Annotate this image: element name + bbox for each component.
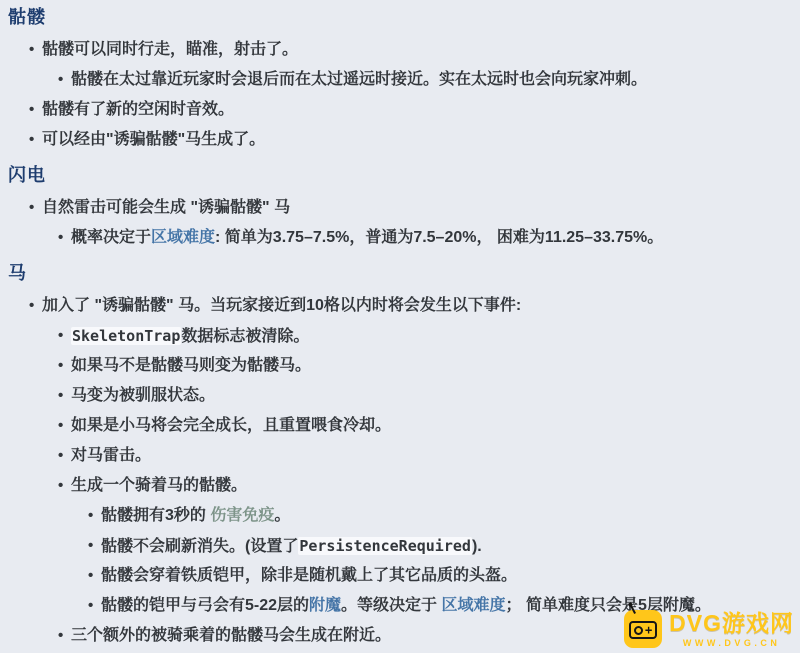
item-text: 三个额外的被骑乘着的骷髅马会生成在附近。 bbox=[71, 627, 391, 644]
item-text: : 简单为3.75–7.5%，普通为7.5–20%， 困难为11.25–33.7… bbox=[215, 229, 663, 246]
item-text: 如果是小马将会完全成长，且重置喂食冷却。 bbox=[71, 417, 391, 434]
bullet-icon bbox=[88, 591, 101, 621]
item-text: 骷髅在太过靠近玩家时会退后而在太过遥远时接近。实在太远时也会向玩家冲刺。 bbox=[71, 71, 647, 88]
list-item: 骷髅不会刷新消失。(设置了PersistenceRequired). bbox=[8, 531, 792, 561]
code-persistencerequired: PersistenceRequired bbox=[298, 537, 472, 555]
item-text: 可以经由"诱骗骷髅"马生成了。 bbox=[42, 131, 265, 148]
bullet-icon bbox=[58, 411, 71, 441]
link-damage-immunity[interactable]: 伤害免疫 bbox=[210, 507, 274, 524]
item-text: 加入了 "诱骗骷髅" 马。当玩家接近到10格以内时将会发生以下事件: bbox=[42, 297, 521, 314]
item-text: 骷髅不会刷新消失。(设置了 bbox=[101, 538, 298, 555]
item-text: 骷髅拥有3秒的 bbox=[101, 507, 210, 524]
list-item: 骷髅有了新的空闲时音效。 bbox=[8, 95, 792, 125]
bullet-icon bbox=[29, 125, 42, 155]
list-item: 骷髅在太过靠近玩家时会退后而在太过遥远时接近。实在太远时也会向玩家冲刺。 bbox=[8, 65, 792, 95]
section-heading-skeleton: 骷髅 bbox=[8, 5, 792, 29]
site-url: WWW.DVG.CN bbox=[683, 638, 781, 648]
item-text: 骷髅可以同时行走，瞄准，射击了。 bbox=[42, 41, 298, 58]
item-text: 生成一个骑着马的骷髅。 bbox=[71, 477, 247, 494]
list-item: 自然雷击可能会生成 "诱骗骷髅" 马 bbox=[8, 193, 792, 223]
game-controller-icon: + bbox=[624, 610, 662, 648]
item-text: 马变为被驯服状态。 bbox=[71, 387, 215, 404]
list-item: 概率决定于区域难度: 简单为3.75–7.5%，普通为7.5–20%， 困难为1… bbox=[8, 223, 792, 253]
list-item: 加入了 "诱骗骷髅" 马。当玩家接近到10格以内时将会发生以下事件: bbox=[8, 291, 792, 321]
list-item: 骷髅拥有3秒的 伤害免疫。 bbox=[8, 501, 792, 531]
changelog-content: 骷髅 骷髅可以同时行走，瞄准，射击了。 骷髅在太过靠近玩家时会退后而在太过遥远时… bbox=[0, 0, 800, 651]
list-item: 对马雷击。 bbox=[8, 441, 792, 471]
item-text: 骷髅的铠甲与弓会有5-22层的 bbox=[101, 597, 309, 614]
item-text: 骷髅会穿着铁质铠甲，除非是随机戴上了其它品质的头盔。 bbox=[101, 567, 517, 584]
item-text: 骷髅有了新的空闲时音效。 bbox=[42, 101, 234, 118]
controller-screen-icon: + bbox=[629, 621, 657, 639]
item-text: 概率决定于 bbox=[71, 229, 151, 246]
bullet-icon bbox=[58, 223, 71, 253]
list-item: 马变为被驯服状态。 bbox=[8, 381, 792, 411]
bullet-icon bbox=[58, 621, 71, 651]
bullet-icon bbox=[88, 561, 101, 591]
list-item: 如果是小马将会完全成长，且重置喂食冷却。 bbox=[8, 411, 792, 441]
button-icon bbox=[634, 626, 643, 635]
bullet-icon bbox=[29, 95, 42, 125]
item-text: ). bbox=[472, 538, 482, 555]
item-text: 。 bbox=[274, 507, 290, 524]
list-item: SkeletonTrap数据标志被清除。 bbox=[8, 321, 792, 351]
list-item: 可以经由"诱骗骷髅"马生成了。 bbox=[8, 125, 792, 155]
bullet-icon bbox=[58, 381, 71, 411]
section-lightning: 闪电 自然雷击可能会生成 "诱骗骷髅" 马 概率决定于区域难度: 简单为3.75… bbox=[8, 163, 792, 253]
item-text: 数据标志被清除。 bbox=[181, 328, 309, 345]
link-enchantment[interactable]: 附魔 bbox=[309, 597, 341, 614]
site-name: DVG游戏网 bbox=[669, 611, 794, 636]
link-regional-difficulty[interactable]: 区域难度 bbox=[442, 597, 506, 614]
bullet-icon bbox=[29, 193, 42, 223]
bullet-icon bbox=[58, 321, 71, 351]
bullet-icon bbox=[58, 65, 71, 95]
bullet-icon bbox=[88, 501, 101, 531]
bullet-icon bbox=[29, 291, 42, 321]
list-item: 生成一个骑着马的骷髅。 bbox=[8, 471, 792, 501]
list-item: 骷髅可以同时行走，瞄准，射击了。 bbox=[8, 35, 792, 65]
bullet-icon bbox=[58, 471, 71, 501]
code-skeletontrap: SkeletonTrap bbox=[71, 327, 181, 345]
item-text: 。等级决定于 bbox=[341, 597, 441, 614]
list-item: 骷髅会穿着铁质铠甲，除非是随机戴上了其它品质的头盔。 bbox=[8, 561, 792, 591]
section-horse: 马 加入了 "诱骗骷髅" 马。当玩家接近到10格以内时将会发生以下事件: Ske… bbox=[8, 261, 792, 651]
link-regional-difficulty[interactable]: 区域难度 bbox=[151, 229, 215, 246]
watermark-text: DVG游戏网 WWW.DVG.CN bbox=[669, 611, 794, 648]
item-text: 对马雷击。 bbox=[71, 447, 151, 464]
bullet-icon bbox=[29, 35, 42, 65]
bullet-icon bbox=[88, 531, 101, 561]
item-text: 自然雷击可能会生成 "诱骗骷髅" 马 bbox=[42, 199, 290, 216]
page: 骷髅 骷髅可以同时行走，瞄准，射击了。 骷髅在太过靠近玩家时会退后而在太过遥远时… bbox=[0, 0, 800, 653]
list-item: 如果马不是骷髅马则变为骷髅马。 bbox=[8, 351, 792, 381]
dpad-icon: + bbox=[645, 624, 652, 636]
bullet-icon bbox=[58, 441, 71, 471]
bullet-icon bbox=[58, 351, 71, 381]
section-heading-lightning: 闪电 bbox=[8, 163, 792, 187]
dvg-watermark: + DVG游戏网 WWW.DVG.CN bbox=[624, 610, 794, 648]
section-skeleton: 骷髅 骷髅可以同时行走，瞄准，射击了。 骷髅在太过靠近玩家时会退后而在太过遥远时… bbox=[8, 5, 792, 155]
item-text: 如果马不是骷髅马则变为骷髅马。 bbox=[71, 357, 311, 374]
section-heading-horse: 马 bbox=[8, 261, 792, 285]
